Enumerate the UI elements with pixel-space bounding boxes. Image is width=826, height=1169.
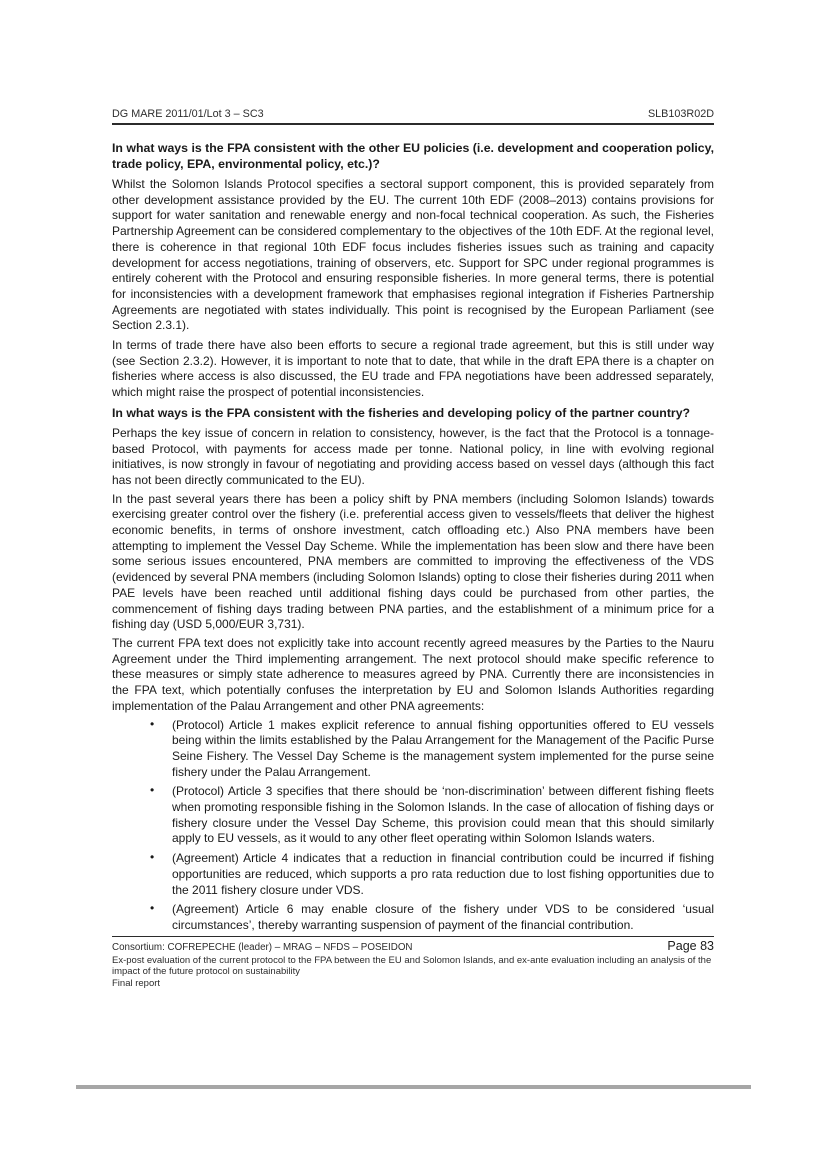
header-doc-code: SLB103R02D [648,108,714,120]
footer-consortium: Consortium: COFREPECHE (leader) – MRAG –… [112,942,413,953]
bullet-icon: • [150,901,154,917]
bullet-item-agreement-article-6: • (Agreement) Article 6 may enable closu… [112,902,714,933]
footer-row: Consortium: COFREPECHE (leader) – MRAG –… [112,940,714,953]
paragraph-pna-policy-shift: In the past several years there has been… [112,492,714,633]
bullet-list: • (Protocol) Article 1 makes explicit re… [112,718,714,934]
footer-report-type: Final report [112,978,714,989]
page-footer: Consortium: COFREPECHE (leader) – MRAG –… [112,936,714,989]
bullet-item-agreement-article-4: • (Agreement) Article 4 indicates that a… [112,851,714,898]
bullet-item-protocol-article-1: • (Protocol) Article 1 makes explicit re… [112,718,714,781]
bullet-icon: • [150,850,154,866]
page-edge-bar [76,1085,751,1089]
paragraph-tonnage-protocol: Perhaps the key issue of concern in rela… [112,426,714,489]
bullet-icon: • [150,717,154,733]
bullet-text: (Agreement) Article 4 indicates that a r… [172,851,714,896]
question-heading-partner-country: In what ways is the FPA consistent with … [112,405,714,421]
paragraph-sectoral-support: Whilst the Solomon Islands Protocol spec… [112,177,714,334]
paragraph-trade: In terms of trade there have also been e… [112,338,714,401]
bullet-text: (Agreement) Article 6 may enable closure… [172,902,714,932]
bullet-text: (Protocol) Article 1 makes explicit refe… [172,718,714,779]
page-header: DG MARE 2011/01/Lot 3 – SC3 SLB103R02D [112,108,714,125]
question-heading-eu-policies: In what ways is the FPA consistent with … [112,140,714,172]
footer-report-description: Ex-post evaluation of the current protoc… [112,955,714,977]
header-doc-reference: DG MARE 2011/01/Lot 3 – SC3 [112,108,264,120]
bullet-item-protocol-article-3: • (Protocol) Article 3 specifies that th… [112,784,714,847]
document-body: In what ways is the FPA consistent with … [112,140,714,938]
bullet-text: (Protocol) Article 3 specifies that ther… [172,784,714,845]
bullet-icon: • [150,783,154,799]
page-number: Page 83 [667,940,714,953]
document-page: DG MARE 2011/01/Lot 3 – SC3 SLB103R02D I… [0,0,826,1169]
paragraph-fpa-text-inconsistencies: The current FPA text does not explicitly… [112,636,714,715]
